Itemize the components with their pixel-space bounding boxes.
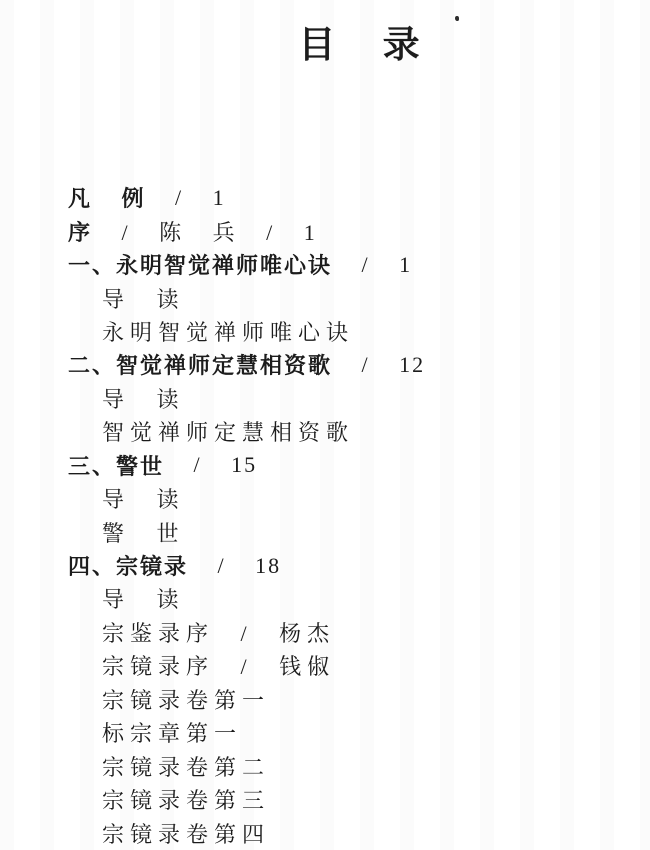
ink-speck bbox=[455, 16, 459, 21]
toc-entry-sub: 导 读 bbox=[0, 382, 650, 415]
toc-entry-heading: 序 / 陈 兵 / 1 bbox=[0, 214, 650, 247]
toc-entry-detail-text: / 陈 兵 / 1 bbox=[92, 216, 317, 247]
toc-list: 凡 例 / 1序 / 陈 兵 / 1一、永明智觉禅师唯心诀 / 1导 读永明智觉… bbox=[0, 181, 650, 850]
toc-entry-sub: 宗镜录序 / 钱俶 bbox=[0, 649, 650, 682]
toc-entry-detail-text: 宗镜录卷第一 bbox=[102, 684, 270, 715]
toc-entry-detail-text: / 18 bbox=[188, 553, 281, 579]
toc-entry-detail-text: 宗镜录卷第三 bbox=[102, 784, 270, 815]
toc-entry-heading: 凡 例 / 1 bbox=[0, 181, 650, 214]
toc-entry-detail-text: 宗镜录卷第二 bbox=[102, 751, 270, 782]
toc-entry-heading: 四、宗镜录 / 18 bbox=[0, 549, 650, 582]
toc-entry-detail-text: 导 读 bbox=[102, 283, 185, 314]
toc-entry-detail-text: / 1 bbox=[146, 185, 226, 211]
scanned-toc-page: { "page": { "title": "目 录", "background_… bbox=[0, 0, 650, 850]
toc-entry-detail-text: 标宗章第一 bbox=[102, 717, 242, 748]
toc-entry-sub: 宗镜录卷第一 bbox=[0, 683, 650, 716]
toc-entry-detail-text: 宗镜录卷第四 bbox=[102, 818, 270, 849]
toc-entry-detail-text: / 1 bbox=[332, 252, 412, 278]
toc-entry-title-text: 三、警世 bbox=[68, 450, 164, 481]
toc-entry-detail-text: 导 读 bbox=[102, 483, 185, 514]
toc-entry-sub: 导 读 bbox=[0, 482, 650, 515]
toc-entry-detail-text: 导 读 bbox=[102, 583, 185, 614]
toc-entry-detail-text: 导 读 bbox=[102, 383, 185, 414]
toc-entry-detail-text: 警 世 bbox=[102, 517, 185, 548]
toc-entry-sub: 宗镜录卷第三 bbox=[0, 783, 650, 816]
toc-entry-detail-text: / 15 bbox=[164, 452, 257, 478]
toc-entry-detail-text: 宗镜录序 / 钱俶 bbox=[102, 650, 335, 681]
toc-entry-sub: 警 世 bbox=[0, 515, 650, 548]
toc-entry-heading: 一、永明智觉禅师唯心诀 / 1 bbox=[0, 248, 650, 281]
toc-entry-sub: 标宗章第一 bbox=[0, 716, 650, 749]
toc-entry-sub: 宗镜录卷第二 bbox=[0, 749, 650, 782]
toc-entry-sub: 永明智觉禅师唯心诀 bbox=[0, 315, 650, 348]
toc-entry-sub: 导 读 bbox=[0, 281, 650, 314]
toc-entry-detail-text: / 12 bbox=[332, 352, 425, 378]
toc-entry-detail-text: 智觉禅师定慧相资歌 bbox=[102, 416, 354, 447]
toc-entry-detail-text: 永明智觉禅师唯心诀 bbox=[102, 316, 354, 347]
toc-entry-sub: 智觉禅师定慧相资歌 bbox=[0, 415, 650, 448]
page-title: 目 录 bbox=[0, 14, 650, 68]
toc-entry-title-text: 凡 例 bbox=[68, 182, 146, 213]
toc-entry-sub: 宗镜录卷第四 bbox=[0, 816, 650, 849]
toc-entry-heading: 三、警世 / 15 bbox=[0, 449, 650, 482]
toc-entry-sub: 宗鉴录序 / 杨杰 bbox=[0, 616, 650, 649]
toc-entry-title-text: 二、智觉禅师定慧相资歌 bbox=[68, 349, 332, 380]
toc-entry-detail-text: 宗鉴录序 / 杨杰 bbox=[102, 617, 335, 648]
toc-entry-sub: 导 读 bbox=[0, 582, 650, 615]
toc-entry-title-text: 一、永明智觉禅师唯心诀 bbox=[68, 249, 332, 280]
toc-entry-heading: 二、智觉禅师定慧相资歌 / 12 bbox=[0, 348, 650, 381]
toc-entry-title-text: 序 bbox=[68, 216, 92, 247]
toc-entry-title-text: 四、宗镜录 bbox=[68, 550, 188, 581]
